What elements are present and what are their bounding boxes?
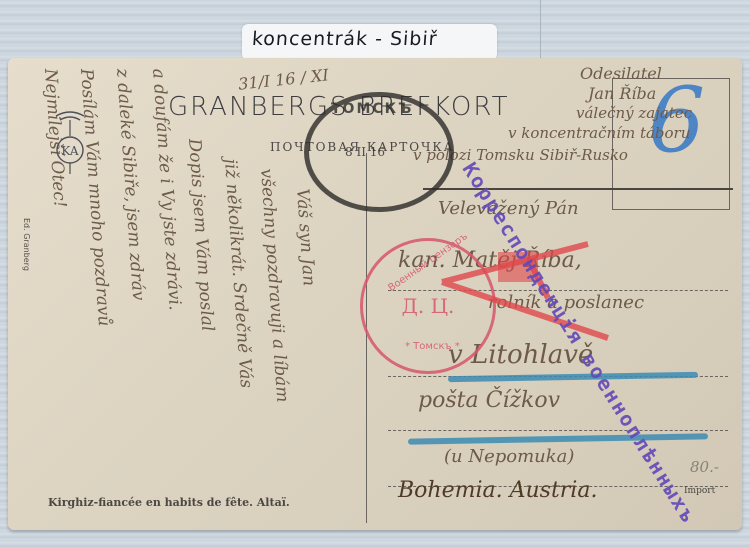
message-line: Váš syn Jan: [292, 188, 319, 287]
publisher-monogram-icon: KA: [50, 106, 90, 176]
black-postmark: ТОМСКЪ 8 II 16: [304, 92, 454, 212]
sender-line: válečný zajatec: [576, 104, 692, 122]
recipient-line: pošta Čížkov: [418, 388, 560, 413]
date-note: 31/I 16 / XI: [237, 65, 329, 93]
message-line: již několikrát. Srdečně Vás: [220, 158, 256, 389]
price-note: 80.-: [690, 458, 719, 476]
postmark-city: ТОМСКЪ: [331, 101, 413, 117]
sender-heading: Odesilatel: [580, 64, 662, 83]
address-dotted-line: [388, 430, 728, 431]
blue-pencil-strike: [448, 372, 698, 382]
message-line: všechny pozdravuji a líbám: [256, 168, 292, 403]
postmark-date: 8 II 16: [345, 145, 385, 159]
photo-caption: Kirghiz-fiancée en habits de fête. Altaï…: [48, 496, 290, 509]
svg-text:KA: KA: [61, 144, 78, 158]
background-board-seam: [540, 0, 541, 60]
blue-pencil-strike: [408, 433, 708, 444]
message-line: z daleké Sibiře, jsem zdráv: [112, 68, 148, 301]
sender-line: v koncentračním táboru: [508, 124, 690, 142]
vertical-publisher-print: Ed. Granberg: [22, 218, 31, 271]
postcard: Nejmilejší Otec! Posílám Vám mnoho pozdr…: [8, 58, 742, 530]
label-text: koncentrák - Sibiř: [251, 28, 438, 50]
handwritten-label: koncentrák - Sibiř: [242, 24, 497, 60]
sender-line: Jan Říba: [588, 84, 656, 103]
recipient-line: (u Nepomuka): [444, 446, 574, 467]
message-line: Dopis jsem Vám poslal: [184, 138, 217, 332]
recipient-line: Bohemia. Austria.: [398, 478, 597, 503]
